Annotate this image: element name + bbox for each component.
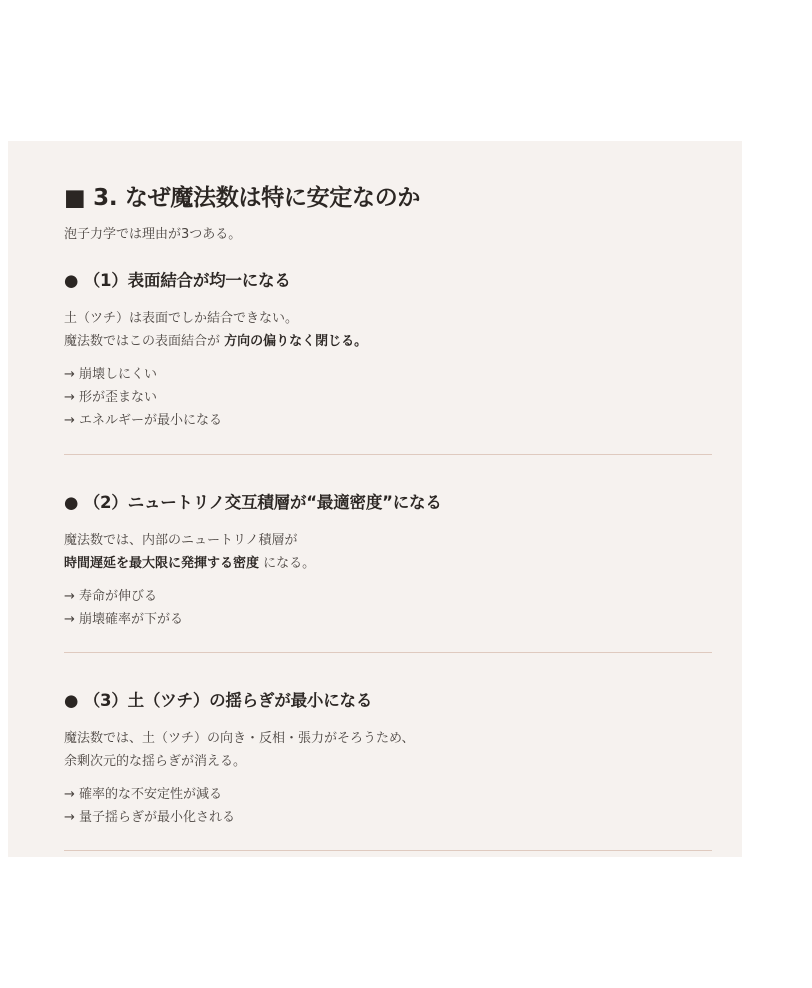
emphasis-text: 方向の偏りなく閉じる。 (224, 334, 367, 349)
subsection-heading-text: （2）ニュートリノ交互積層が“最適密度”になる (84, 493, 442, 512)
square-bullet-icon: ■ (64, 185, 85, 211)
emphasis-text: 時間遅延を最大限に発揮する密度 (64, 556, 259, 571)
subsection-1: ● （1）表面結合が均一になる 土（ツチ）は表面でしか結合できない。 魔法数では… (64, 267, 712, 432)
subsection-heading-text: （1）表面結合が均一になる (84, 271, 291, 290)
paragraph-line: 魔法数では、土（ツチ）の向き・反相・張力がそろうため、 (64, 727, 712, 750)
subsection-3: ● （3）土（ツチ）の揺らぎが最小になる 魔法数では、土（ツチ）の向き・反相・張… (64, 687, 712, 829)
content-card: ■ 3. なぜ魔法数は特に安定なのか 泡子力学では理由が3つある。 ● （1）表… (8, 141, 742, 857)
section-divider (64, 454, 712, 455)
section-title-text: 3. なぜ魔法数は特に安定なのか (93, 185, 420, 211)
paragraph-text: になる。 (259, 556, 315, 571)
intro-text: 泡子力学では理由が3つある。 (64, 223, 241, 242)
section-title: ■ 3. なぜ魔法数は特に安定なのか (64, 179, 420, 212)
paragraph-text: 魔法数ではこの表面結合が (64, 334, 224, 349)
result-item: → 崩壊しにくい (64, 363, 712, 386)
paragraph-line: 魔法数では、内部のニュートリノ積層が (64, 529, 712, 552)
explanation-paragraph: 魔法数では、土（ツチ）の向き・反相・張力がそろうため、 余剰次元的な揺らぎが消え… (64, 727, 712, 773)
circle-bullet-icon: ● (64, 493, 78, 512)
result-item: → 寿命が伸びる (64, 585, 712, 608)
subsection-heading-text: （3）土（ツチ）の揺らぎが最小になる (84, 691, 372, 710)
result-item: → エネルギーが最小になる (64, 409, 712, 432)
subsection-heading: ● （2）ニュートリノ交互積層が“最適密度”になる (64, 489, 712, 513)
paragraph-text: 土（ツチ）は表面でしか結合できない。 (64, 311, 298, 326)
result-item: → 量子揺らぎが最小化される (64, 806, 712, 829)
result-list: → 崩壊しにくい → 形が歪まない → エネルギーが最小になる (64, 363, 712, 432)
section-divider (64, 652, 712, 653)
subsection-heading: ● （1）表面結合が均一になる (64, 267, 712, 291)
paragraph-line: 時間遅延を最大限に発揮する密度 になる。 (64, 552, 712, 575)
result-item: → 崩壊確率が下がる (64, 608, 712, 631)
section-divider (64, 850, 712, 851)
paragraph-text: 魔法数では、内部のニュートリノ積層が (64, 533, 297, 548)
result-list: → 寿命が伸びる → 崩壊確率が下がる (64, 585, 712, 631)
circle-bullet-icon: ● (64, 691, 78, 710)
paragraph-line: 土（ツチ）は表面でしか結合できない。 (64, 307, 712, 330)
result-item: → 形が歪まない (64, 386, 712, 409)
paragraph-line: 余剰次元的な揺らぎが消える。 (64, 750, 712, 773)
result-list: → 確率的な不安定性が減る → 量子揺らぎが最小化される (64, 783, 712, 829)
result-item: → 確率的な不安定性が減る (64, 783, 712, 806)
paragraph-line: 魔法数ではこの表面結合が 方向の偏りなく閉じる。 (64, 330, 712, 353)
circle-bullet-icon: ● (64, 271, 78, 290)
subsection-heading: ● （3）土（ツチ）の揺らぎが最小になる (64, 687, 712, 711)
subsection-2: ● （2）ニュートリノ交互積層が“最適密度”になる 魔法数では、内部のニュートリ… (64, 489, 712, 631)
explanation-paragraph: 魔法数では、内部のニュートリノ積層が 時間遅延を最大限に発揮する密度 になる。 (64, 529, 712, 575)
explanation-paragraph: 土（ツチ）は表面でしか結合できない。 魔法数ではこの表面結合が 方向の偏りなく閉… (64, 307, 712, 353)
